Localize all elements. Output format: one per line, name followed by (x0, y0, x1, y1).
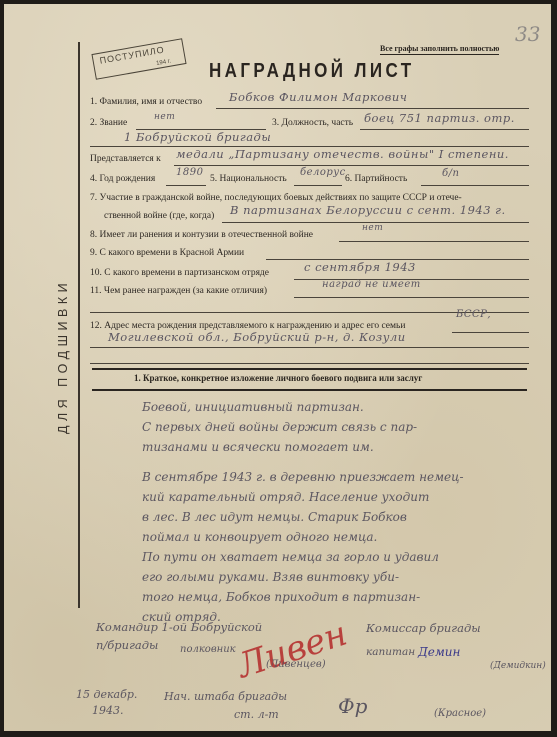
sheet-number: 33 (515, 22, 540, 46)
feat-line: С первых дней войны держит связь с пар- (142, 417, 417, 437)
feat-line: того немца, Бобков приходит в партизан- (142, 587, 464, 607)
commissar-rank: капитан (366, 646, 415, 658)
field-1-label: 1. Фамилия, имя и отчество (90, 97, 202, 107)
field-3-value-continued: 1 Бобруйской бригады (124, 130, 271, 144)
award-sheet-page: ДЛЯ ПОДШИВКИ ПОСТУПИЛО 194 г. Все графы … (4, 4, 551, 731)
field-3-label: 3. Должность, часть (272, 118, 353, 128)
field-5-line (294, 185, 342, 186)
feat-line: кий карательный отряд. Население уходит (142, 487, 464, 507)
feat-line: тизанами и всячески помогает им. (142, 437, 417, 457)
commander-rank: полковник (180, 644, 236, 655)
chief-of-staff-signature: Фр (338, 694, 367, 718)
feat-line: поймал и конвоирует одного немца. (142, 527, 464, 547)
presented-for-line (174, 165, 529, 166)
commander-title-line1: Командир 1-ой Бобруйской (96, 620, 262, 634)
field-5-label: 5. Национальность (210, 174, 287, 184)
chief-of-staff-title-line2: ст. л-т (234, 708, 279, 721)
received-stamp: ПОСТУПИЛО 194 г. (91, 38, 186, 80)
commissar-signature: Демин (418, 645, 460, 659)
section-title: 1. Краткое, конкретное изложение личного… (134, 373, 422, 383)
page-title: НАГРАДНОЙ ЛИСТ (209, 60, 414, 83)
date-line2: 1943. (92, 704, 124, 717)
stamp-year: 194 г. (156, 59, 172, 67)
field-11-value: наград не имеет (322, 279, 421, 290)
section-top-rule (92, 368, 527, 370)
field-4-line (166, 185, 206, 186)
chief-of-staff-title-line1: Нач. штаба бригады (164, 690, 287, 703)
field-11-label: 11. Чем ранее награжден (за какие отличи… (90, 286, 267, 296)
presented-for-value: медали „Партизану отечеств. войны" I сте… (176, 147, 509, 161)
field-2-label: 2. Звание (90, 118, 127, 128)
field-4-label: 4. Год рождения (90, 174, 155, 184)
field-7-label-line2: ственной войне (где, когда) (104, 211, 214, 221)
field-1-line (216, 108, 529, 109)
field-9-label: 9. С какого времени в Красной Армии (90, 248, 244, 258)
feat-line: в лес. В лес идут немцы. Старик Бобков (142, 507, 464, 527)
field-4-value: 1890 (176, 167, 203, 178)
feat-line: По пути он хватает немца за горло и удав… (142, 547, 464, 567)
feat-line: Боевой, инициативный партизан. (142, 397, 417, 417)
field-10-label: 10. С какого времени в партизанском отря… (90, 268, 269, 278)
feat-line: его голыми руками. Взяв винтовку уби- (142, 567, 464, 587)
commander-title-line2: п/бригады (96, 638, 158, 652)
commissar-title: Комиссар бригады (366, 621, 481, 635)
feat-paragraph-2: В сентябре 1943 г. в деревню приезжает н… (142, 467, 464, 627)
field-3-value: боец 751 партиз. отр. (364, 111, 515, 125)
field-8-label: 8. Имеет ли ранения и контузии в отечест… (90, 230, 313, 240)
field-5-value: белорус (300, 167, 346, 178)
field-10-value: с сентября 1943 (304, 260, 416, 274)
field-3-line (360, 129, 529, 130)
field-6-line (421, 185, 529, 186)
field-11-line (294, 297, 529, 298)
binding-label: ДЛЯ ПОДШИВКИ (56, 279, 70, 434)
field-12-line-2 (90, 347, 529, 348)
feat-line: В сентябре 1943 г. в деревню приезжает н… (142, 467, 464, 487)
chief-of-staff-name: (Красное) (434, 708, 486, 719)
presented-for-label: Представляется к (90, 154, 161, 164)
date-line1: 15 декабр. (76, 688, 137, 701)
field-12-value: БССР, (456, 309, 491, 320)
commissar-name: (Демидкин) (490, 661, 546, 671)
field-12-value-continued: Могилевской обл., Бобруйский р-н, д. Коз… (108, 330, 406, 344)
field-6-value: б/п (442, 168, 459, 179)
binding-margin-line (78, 42, 80, 608)
feat-paragraph-1: Боевой, инициативный партизан. С первых … (142, 397, 417, 457)
field-12-line (452, 332, 529, 333)
field-6-label: 6. Партийность (345, 174, 407, 184)
commander-name: (Ливенцев) (266, 659, 326, 670)
field-7-value: В партизанах Белоруссии с сент. 1943 г. (230, 203, 506, 217)
field-2-value: нет (154, 112, 175, 122)
field-8-value: нет (362, 223, 383, 233)
fill-all-fields-note: Все графы заполнить полностью (380, 44, 499, 55)
field-8-line (339, 241, 529, 242)
section-bottom-rule (92, 389, 527, 391)
field-7-label-line1: 7. Участие в гражданской войне, последую… (90, 193, 462, 203)
field-12-line-3 (90, 363, 529, 364)
field-1-value: Бобков Филимон Маркович (229, 90, 407, 104)
